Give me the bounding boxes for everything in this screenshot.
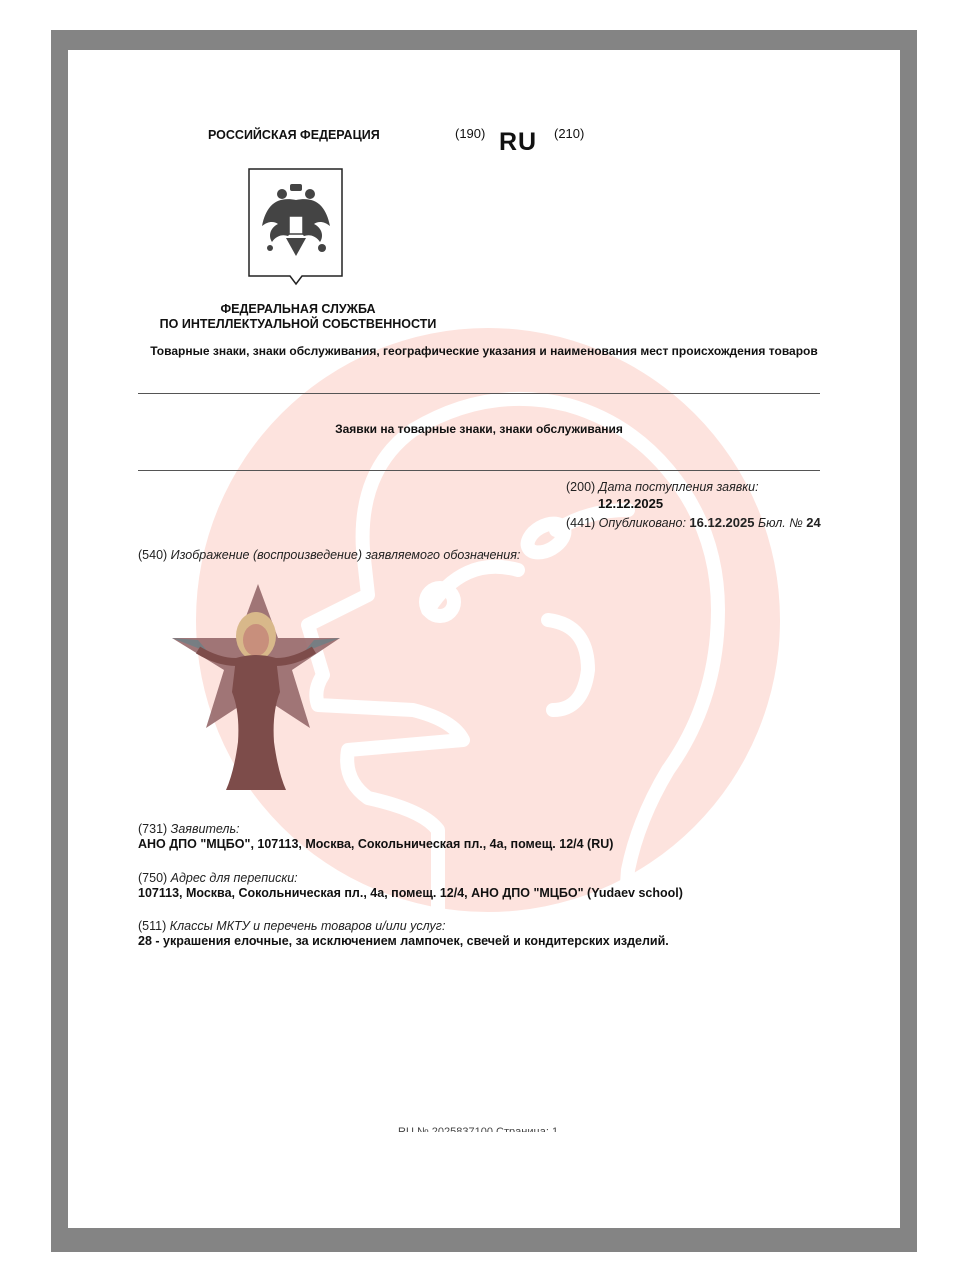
divider-top (138, 393, 820, 394)
footer-page-number: RU № 2025837100 Страница: 1 (398, 1126, 588, 1132)
published-date: 16.12.2025 (689, 515, 754, 530)
filing-date: 12.12.2025 (598, 496, 663, 511)
section-title: Заявки на товарные знаки, знаки обслужив… (138, 422, 820, 436)
divider-bottom (138, 470, 820, 471)
applicant-code: (731) (138, 822, 167, 836)
classes-value: 28 - украшения елочные, за исключением л… (138, 934, 669, 948)
footer-clip: RU № 2025837100 Страница: 1 (398, 1126, 588, 1132)
applicant-value: АНО ДПО "МЦБО", 107113, Москва, Сокольни… (138, 837, 613, 851)
applicant-label: (731) Заявитель: (138, 822, 240, 836)
russian-coat-of-arms-icon (246, 166, 346, 286)
country-code: RU (499, 128, 537, 157)
published-label: Опубликовано: (599, 516, 686, 530)
mark-image-label: (540) Изображение (воспроизведение) заяв… (138, 548, 520, 562)
filing-code: (200) (566, 480, 595, 494)
code-190: (190) (455, 126, 485, 141)
correspondence-value: 107113, Москва, Сокольническая пл., 4а, … (138, 886, 683, 900)
classes-code: (511) (138, 919, 166, 933)
category-title: Товарные знаки, знаки обслуживания, геог… (68, 344, 900, 358)
correspondence-label: (750) Адрес для переписки: (138, 871, 298, 885)
correspondence-label-text: Адрес для переписки: (171, 871, 298, 885)
filing-date-label: (200) Дата поступления заявки: (566, 480, 759, 494)
filing-label: Дата поступления заявки: (599, 480, 759, 494)
agency-name-line2: ПО ИНТЕЛЛЕКТУАЛЬНОЙ СОБСТВЕННОСТИ (138, 317, 458, 331)
agency-name-line1: ФЕДЕРАЛЬНАЯ СЛУЖБА (158, 302, 438, 316)
mark-image-code: (540) (138, 548, 167, 562)
correspondence-code: (750) (138, 871, 167, 885)
country-name: РОССИЙСКАЯ ФЕДЕРАЦИЯ (208, 128, 380, 142)
star-with-woman-figure-image (168, 582, 348, 794)
classes-label-text: Классы МКТУ и перечень товаров и/или усл… (170, 919, 446, 933)
bulletin-label: Бюл. № (758, 516, 803, 530)
mark-image-text: Изображение (воспроизведение) заявляемог… (171, 548, 521, 562)
published-line: (441) Опубликовано: 16.12.2025 Бюл. № 24 (566, 515, 821, 530)
classes-label: (511) Классы МКТУ и перечень товаров и/и… (138, 919, 445, 933)
document-page: РОССИЙСКАЯ ФЕДЕРАЦИЯ (190) RU (210) ФЕДЕ… (68, 50, 900, 1228)
code-210: (210) (554, 126, 584, 141)
bulletin-number: 24 (806, 515, 820, 530)
applicant-label-text: Заявитель: (171, 822, 240, 836)
published-code: (441) (566, 516, 595, 530)
